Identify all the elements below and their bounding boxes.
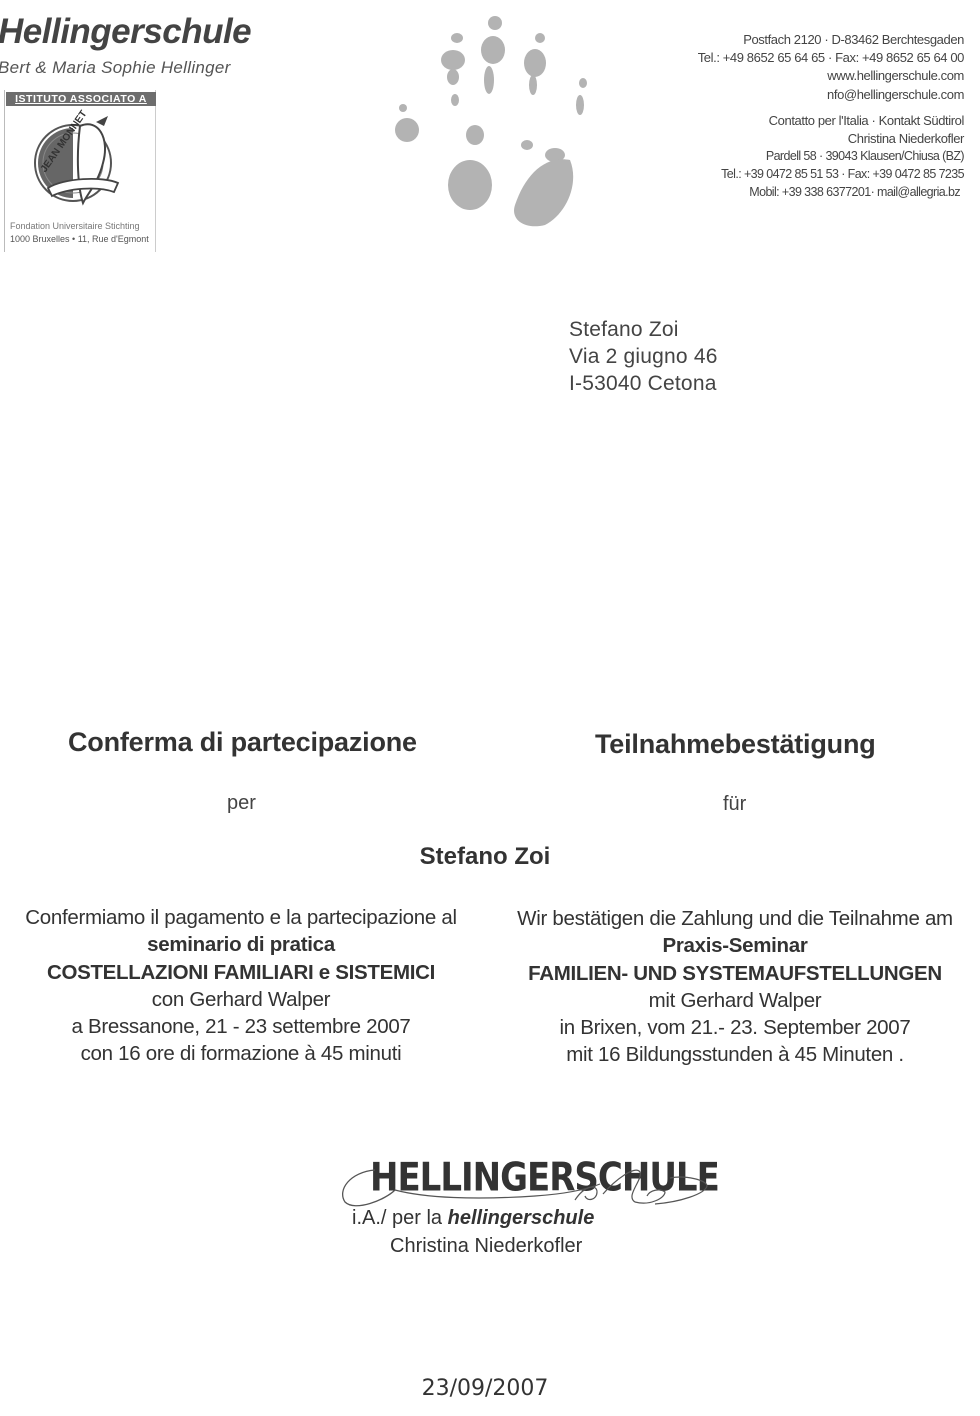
signature-prefix: i.A./ per la — [352, 1207, 448, 1229]
contact-de-email[interactable]: nfo@hellingerschule.com — [827, 87, 964, 102]
institute-banner: ISTITUTO ASSOCIATO A — [6, 92, 156, 106]
italian-line-6: con 16 ore di formazione à 45 minuti — [6, 1040, 476, 1067]
contact-it-phone: Tel.: +39 0472 85 51 53 · Fax: +39 0472 … — [721, 167, 964, 181]
italian-line-3: COSTELLAZIONI FAMILIARI e SISTEMICI — [6, 959, 476, 986]
german-line-4: mit Gerhard Walper — [500, 987, 970, 1014]
participant-name: Stefano Zoi — [0, 843, 970, 871]
signature-on-behalf: i.A./ per la hellingerschule — [352, 1207, 594, 1230]
contact-it-address: Pardell 58 · 39043 Klausen/Chiusa (BZ) — [766, 149, 964, 163]
german-line-5: in Brixen, vom 21.- 23. September 2007 — [500, 1014, 970, 1041]
brand-title: Hellingerschule — [0, 12, 251, 52]
document-date: 23/09/2007 — [0, 1376, 970, 1401]
german-line-1: Wir bestätigen die Zahlung und die Teiln… — [500, 905, 970, 932]
italian-title: Conferma di partecipazione — [68, 727, 417, 758]
signature-organization: hellingerschule — [448, 1207, 595, 1229]
contact-de-address: Postfach 2120 · D-83462 Berchtesgaden — [743, 32, 964, 47]
contact-it-mobile: Mobil: +39 338 6377201· mail@allegria.bz — [749, 185, 960, 199]
jean-monnet-seal-icon: JEAN MONNET — [18, 108, 138, 218]
signer-name: Christina Niederkofler — [390, 1235, 582, 1258]
contact-de-phone: Tel.: +49 8652 65 64 65 · Fax: +49 8652 … — [698, 50, 964, 65]
recipient-street: Via 2 giugno 46 — [569, 345, 718, 369]
italian-per: per — [227, 792, 256, 815]
handprint-icon — [395, 5, 595, 235]
contact-de-website[interactable]: www.hellingerschule.com — [827, 68, 964, 83]
italian-body: Confermiamo il pagamento e la partecipaz… — [6, 904, 476, 1068]
contact-it-name: Christina Niederkofler — [848, 131, 964, 146]
italian-line-5: a Bressanone, 21 - 23 settembre 2007 — [6, 1013, 476, 1040]
brand-subtitle: Bert & Maria Sophie Hellinger — [0, 58, 231, 78]
german-fur: für — [723, 793, 746, 816]
german-body: Wir bestätigen die Zahlung und die Teiln… — [500, 905, 970, 1069]
german-line-2: Praxis-Seminar — [500, 932, 970, 959]
german-line-3: FAMILIEN- UND SYSTEMAUFSTELLUNGEN — [500, 960, 970, 987]
recipient-city: I-53040 Cetona — [569, 372, 717, 396]
italian-line-2: seminario di pratica — [6, 931, 476, 958]
contact-it-heading: Contatto per l'Italia · Kontakt Südtirol — [769, 113, 964, 128]
institute-line-1: Fondation Universitaire Stichting — [10, 221, 140, 231]
german-title: Teilnahmebestätigung — [595, 729, 876, 760]
italian-line-4: con Gerhard Walper — [6, 986, 476, 1013]
recipient-name: Stefano Zoi — [569, 318, 679, 342]
german-line-6: mit 16 Bildungsstunden à 45 Minuten . — [500, 1041, 970, 1068]
italian-line-1: Confermiamo il pagamento e la partecipaz… — [6, 904, 476, 931]
institute-line-2: 1000 Bruxelles • 11, Rue d'Egmont — [10, 234, 149, 244]
